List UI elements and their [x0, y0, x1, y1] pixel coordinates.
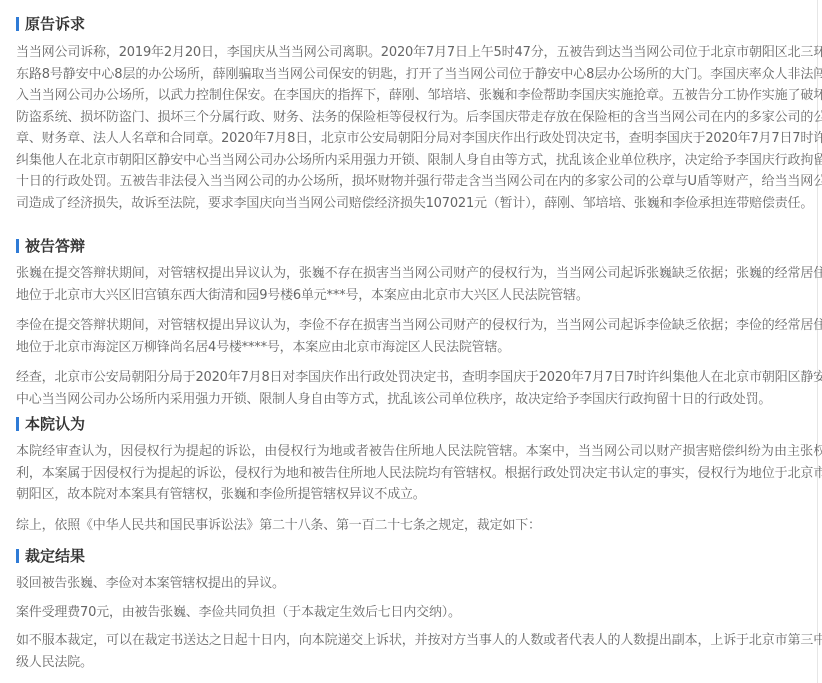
paragraph: 驳回被告张巍、李俭对本案管辖权提出的异议。: [16, 573, 822, 595]
section-ruling-result: 裁定结果 驳回被告张巍、李俭对本案管辖权提出的异议。 案件受理费70元，由被告张…: [0, 545, 822, 673]
paragraph: 综上，依照《中华人民共和国民事诉讼法》第二十八条、第一百二十七条之规定，裁定如下…: [16, 515, 822, 537]
paragraph: 案件受理费70元，由被告张巍、李俭共同负担（于本裁定生效后七日内交纳）。: [16, 602, 822, 624]
heading-accent-bar: [16, 239, 19, 253]
section-heading: 本院认为: [16, 413, 822, 435]
section-defendant-defense: 被告答辩 张巍在提交答辩状期间，对管辖权提出异议认为，张巍不存在损害当当网公司财…: [0, 235, 822, 410]
heading-accent-bar: [16, 417, 19, 431]
heading-accent-bar: [16, 549, 19, 563]
section-heading-text: 原告诉求: [25, 13, 85, 35]
section-court-opinion: 本院认为 本院经审查认为，因侵权行为提起的诉讼，由侵权行为地或者被告住所地人民法…: [0, 413, 822, 536]
section-heading-text: 裁定结果: [25, 545, 85, 567]
section-plaintiff-claims: 原告诉求 当当网公司诉称，2019年2月20日，李国庆从当当网公司离职。2020…: [0, 13, 822, 214]
document-panel: 原告诉求 当当网公司诉称，2019年2月20日，李国庆从当当网公司离职。2020…: [0, 0, 818, 683]
paragraph: 本院经审查认为，因侵权行为提起的诉讼，由侵权行为地或者被告住所地人民法院管辖。本…: [16, 441, 822, 506]
section-heading: 裁定结果: [16, 545, 822, 567]
section-heading-text: 本院认为: [25, 413, 85, 435]
paragraph: 李俭在提交答辩状期间，对管辖权提出异议认为，李俭不存在损害当当网公司财产的侵权行…: [16, 315, 822, 358]
paragraph: 经查，北京市公安局朝阳分局于2020年7月8日对李国庆作出行政处罚决定书，查明李…: [16, 367, 822, 410]
section-heading: 原告诉求: [16, 13, 822, 35]
section-heading: 被告答辩: [16, 235, 822, 257]
heading-accent-bar: [16, 17, 19, 31]
paragraph: 如不服本裁定，可以在裁定书送达之日起十日内，向本院递交上诉状，并按对方当事人的人…: [16, 630, 822, 673]
section-heading-text: 被告答辩: [25, 235, 85, 257]
paragraph: 张巍在提交答辩状期间，对管辖权提出异议认为，张巍不存在损害当当网公司财产的侵权行…: [16, 263, 822, 306]
paragraph: 当当网公司诉称，2019年2月20日，李国庆从当当网公司离职。2020年7月7日…: [16, 42, 822, 214]
